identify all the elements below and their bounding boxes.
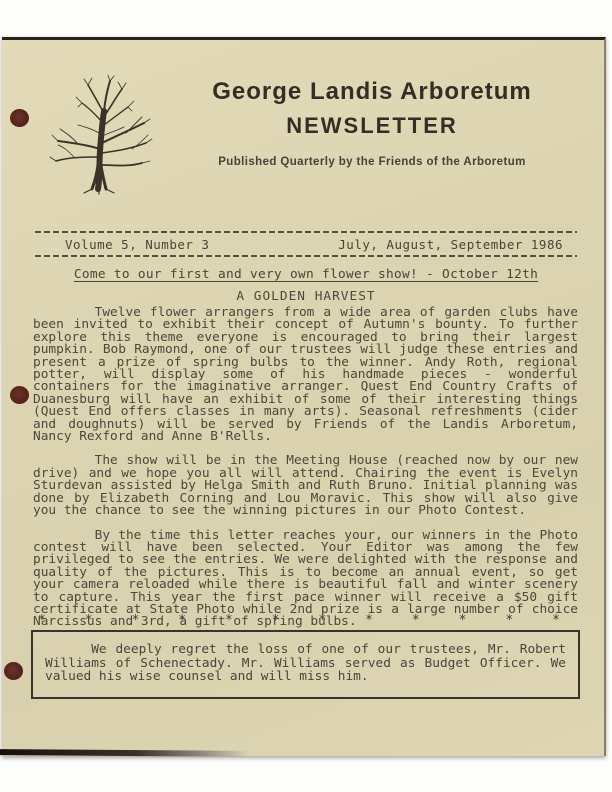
asterisk: * [505,613,513,628]
newsletter-title: George Landis Arboretum [162,78,582,106]
paragraph-2: The show will be in the Meeting House (r… [33,455,578,517]
newsletter-tagline: Published Quarterly by the Friends of th… [162,156,582,168]
masthead-header: George Landis Arboretum NEWSLETTER Publi… [162,78,582,168]
asterisk-separator: * * * * * * * * * * * * [38,613,560,628]
article-headline: Come to our first and very own flower sh… [35,267,577,282]
paragraph-1: Twelve flower arrangers from a wide area… [33,307,578,443]
asterisk: * [412,613,420,628]
obituary-notice-box: We deeply regret the loss of one of our … [31,630,580,699]
asterisk: * [225,613,233,628]
hole-punch-bottom [4,662,23,680]
scanned-newsletter-page: { "header": { "title": "George Landis Ar… [0,0,612,792]
article-body: Twelve flower arrangers from a wide area… [33,307,578,641]
asterisk: * [365,613,373,628]
hole-punch-top [10,109,29,127]
hole-punch-middle [10,386,29,404]
asterisk: * [38,613,46,628]
volume-number: Volume 5, Number 3 [35,237,209,252]
obituary-notice-text: We deeply regret the loss of one of our … [45,643,566,684]
dashed-divider-top [35,231,577,233]
volume-date-row: Volume 5, Number 3 July, August, Septemb… [35,237,577,252]
bare-tree-logo-icon [48,73,156,195]
issue-date: July, August, September 1986 [338,237,577,252]
asterisk: * [85,613,93,628]
article-subheadline: A GOLDEN HARVEST [35,289,577,304]
asterisk: * [318,613,326,628]
newsletter-paper: George Landis Arboretum NEWSLETTER Publi… [2,37,606,756]
asterisk: * [552,613,560,628]
dashed-divider-bottom [35,255,577,257]
asterisk: * [272,613,280,628]
asterisk: * [178,613,186,628]
asterisk: * [459,613,467,628]
asterisk: * [131,613,139,628]
newsletter-subtitle: NEWSLETTER [162,113,582,139]
